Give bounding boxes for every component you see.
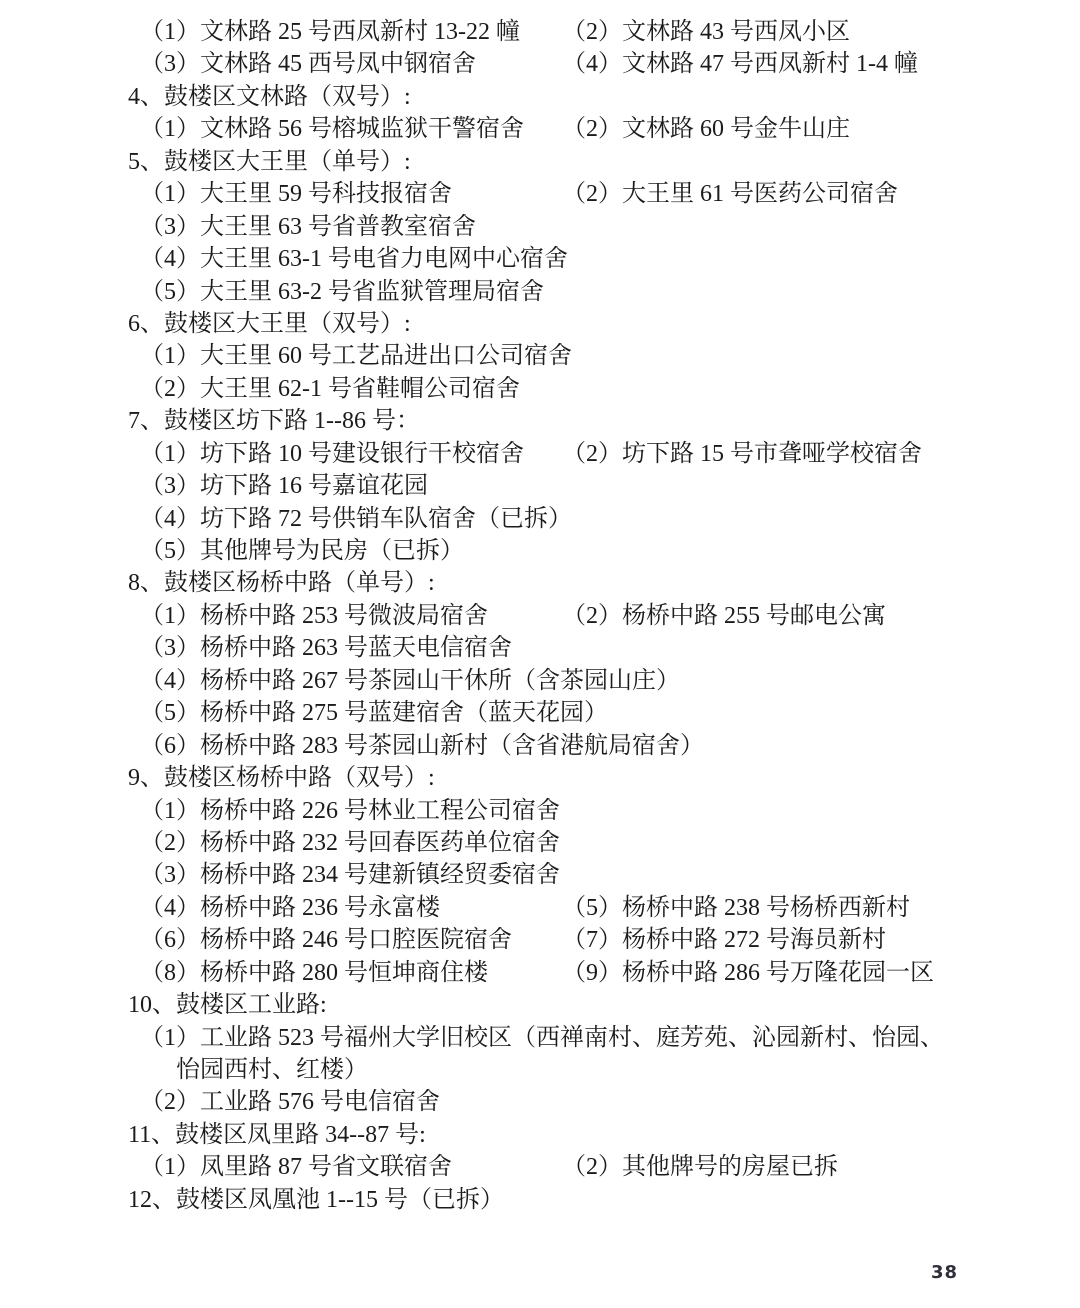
address-item: （2）文林路 60 号金牛山庄: [562, 113, 850, 145]
address-line: （2）工业路 576 号电信宿舍: [0, 1086, 1080, 1118]
address-item: （2）杨桥中路 232 号回春医药单位宿舍: [140, 830, 560, 856]
address-line: （8）杨桥中路 280 号恒坤商住楼（9）杨桥中路 286 号万隆花园一区: [0, 957, 1080, 989]
section-heading-line: 11、鼓楼区凤里路 34--87 号:: [0, 1119, 1080, 1151]
address-item: （1）杨桥中路 226 号林业工程公司宿舍: [140, 798, 560, 824]
address-item: （2）大王里 61 号医药公司宿舍: [562, 178, 898, 210]
section-heading: 5、鼓楼区大王里（单号）:: [128, 149, 411, 175]
address-item: （3）大王里 63 号省普教室宿舍: [140, 214, 476, 240]
address-line: （4）杨桥中路 267 号茶园山干休所（含茶园山庄）: [0, 665, 1080, 697]
address-item: （1）文林路 56 号榕城监狱干警宿舍: [140, 116, 524, 142]
address-item: （5）杨桥中路 238 号杨桥西新村: [562, 892, 910, 924]
address-line: （1）凤里路 87 号省文联宿舍（2）其他牌号的房屋已拆: [0, 1151, 1080, 1183]
address-line: （1）杨桥中路 226 号林业工程公司宿舍: [0, 795, 1080, 827]
address-item: （5）其他牌号为民房（已拆）: [140, 538, 464, 564]
page-number: 38: [931, 1262, 958, 1283]
address-line: （3）杨桥中路 263 号蓝天电信宿舍: [0, 632, 1080, 664]
address-item: （2）坊下路 15 号市聋哑学校宿舍: [562, 438, 922, 470]
address-item: （4）坊下路 72 号供销车队宿舍（已拆）: [140, 506, 572, 532]
address-line: （5）杨桥中路 275 号蓝建宿舍（蓝天花园）: [0, 697, 1080, 729]
address-item: （4）文林路 47 号西凤新村 1-4 幢: [562, 48, 918, 80]
address-item: （2）杨桥中路 255 号邮电公寓: [562, 600, 886, 632]
address-line: （4）大王里 63-1 号电省力电网中心宿舍: [0, 243, 1080, 275]
section-heading: 8、鼓楼区杨桥中路（单号）:: [128, 570, 435, 596]
address-item: （9）杨桥中路 286 号万隆花园一区: [562, 957, 934, 989]
section-heading-line: 5、鼓楼区大王里（单号）:: [0, 146, 1080, 178]
address-line: （1）坊下路 10 号建设银行干校宿舍（2）坊下路 15 号市聋哑学校宿舍: [0, 438, 1080, 470]
address-item: （5）杨桥中路 275 号蓝建宿舍（蓝天花园）: [140, 700, 608, 726]
address-line: （1）文林路 25 号西凤新村 13-22 幢（2）文林路 43 号西凤小区: [0, 16, 1080, 48]
address-line: （5）大王里 63-2 号省监狱管理局宿舍: [0, 276, 1080, 308]
address-item: （1）大王里 60 号工艺品进出口公司宿舍: [140, 343, 572, 369]
section-heading-line: 7、鼓楼区坊下路 1--86 号：: [0, 405, 1080, 437]
address-item: （3）杨桥中路 263 号蓝天电信宿舍: [140, 635, 512, 661]
address-line: （6）杨桥中路 283 号茶园山新村（含省港航局宿舍）: [0, 730, 1080, 762]
address-item: （4）杨桥中路 236 号永富楼: [140, 895, 440, 921]
section-heading: 11、鼓楼区凤里路 34--87 号:: [128, 1122, 426, 1148]
address-line: （3）文林路 45 西号凤中钢宿舍（4）文林路 47 号西凤新村 1-4 幢: [0, 48, 1080, 80]
address-item: （6）杨桥中路 246 号口腔医院宿舍: [140, 927, 512, 953]
address-line: （1）工业路 523 号福州大学旧校区（西禅南村、庭芳苑、沁园新村、怡园、: [0, 1022, 1080, 1054]
address-item: （1）工业路 523 号福州大学旧校区（西禅南村、庭芳苑、沁园新村、怡园、: [140, 1025, 944, 1051]
address-item: （2）其他牌号的房屋已拆: [562, 1151, 838, 1183]
address-item: （4）大王里 63-1 号电省力电网中心宿舍: [140, 246, 568, 272]
address-item: （1）坊下路 10 号建设银行干校宿舍: [140, 441, 524, 467]
section-heading: 12、鼓楼区凤凰池 1--15 号（已拆）: [128, 1187, 504, 1213]
address-item: （1）凤里路 87 号省文联宿舍: [140, 1154, 452, 1180]
section-heading-line: 12、鼓楼区凤凰池 1--15 号（已拆）: [0, 1184, 1080, 1216]
section-heading-line: 6、鼓楼区大王里（双号）:: [0, 308, 1080, 340]
address-list: （1）文林路 25 号西凤新村 13-22 幢（2）文林路 43 号西凤小区（3…: [0, 0, 1080, 1216]
section-heading: 6、鼓楼区大王里（双号）:: [128, 311, 411, 337]
section-heading: 4、鼓楼区文林路（双号）:: [128, 84, 411, 110]
address-item: （6）杨桥中路 283 号茶园山新村（含省港航局宿舍）: [140, 733, 704, 759]
address-line: （1）大王里 59 号科技报宿舍（2）大王里 61 号医药公司宿舍: [0, 178, 1080, 210]
address-line: （3）坊下路 16 号嘉谊花园: [0, 470, 1080, 502]
address-item: 怡园西村、红楼）: [176, 1057, 368, 1083]
address-line: 怡园西村、红楼）: [0, 1054, 1080, 1086]
address-item: （2）工业路 576 号电信宿舍: [140, 1089, 440, 1115]
section-heading-line: 9、鼓楼区杨桥中路（双号）:: [0, 762, 1080, 794]
section-heading-line: 8、鼓楼区杨桥中路（单号）:: [0, 567, 1080, 599]
section-heading-line: 10、鼓楼区工业路:: [0, 989, 1080, 1021]
address-line: （2）大王里 62-1 号省鞋帽公司宿舍: [0, 373, 1080, 405]
address-line: （3）大王里 63 号省普教室宿舍: [0, 211, 1080, 243]
section-heading: 10、鼓楼区工业路:: [128, 992, 327, 1018]
address-item: （7）杨桥中路 272 号海员新村: [562, 924, 886, 956]
address-item: （5）大王里 63-2 号省监狱管理局宿舍: [140, 279, 544, 305]
section-heading: 7、鼓楼区坊下路 1--86 号：: [128, 408, 420, 434]
address-line: （6）杨桥中路 246 号口腔医院宿舍（7）杨桥中路 272 号海员新村: [0, 924, 1080, 956]
address-item: （2）文林路 43 号西凤小区: [562, 16, 850, 48]
address-item: （3）坊下路 16 号嘉谊花园: [140, 473, 428, 499]
address-item: （2）大王里 62-1 号省鞋帽公司宿舍: [140, 376, 520, 402]
address-line: （3）杨桥中路 234 号建新镇经贸委宿舍: [0, 859, 1080, 891]
address-line: （5）其他牌号为民房（已拆）: [0, 535, 1080, 567]
address-item: （3）文林路 45 西号凤中钢宿舍: [140, 51, 476, 77]
address-line: （1）文林路 56 号榕城监狱干警宿舍（2）文林路 60 号金牛山庄: [0, 113, 1080, 145]
address-item: （1）杨桥中路 253 号微波局宿舍: [140, 603, 488, 629]
section-heading: 9、鼓楼区杨桥中路（双号）:: [128, 765, 435, 791]
document-page: （1）文林路 25 号西凤新村 13-22 幢（2）文林路 43 号西凤小区（3…: [0, 0, 1080, 1308]
address-line: （4）杨桥中路 236 号永富楼（5）杨桥中路 238 号杨桥西新村: [0, 892, 1080, 924]
address-item: （3）杨桥中路 234 号建新镇经贸委宿舍: [140, 862, 560, 888]
address-item: （4）杨桥中路 267 号茶园山干休所（含茶园山庄）: [140, 668, 680, 694]
address-item: （1）文林路 25 号西凤新村 13-22 幢: [140, 19, 520, 45]
address-line: （1）杨桥中路 253 号微波局宿舍（2）杨桥中路 255 号邮电公寓: [0, 600, 1080, 632]
address-item: （8）杨桥中路 280 号恒坤商住楼: [140, 960, 488, 986]
address-line: （4）坊下路 72 号供销车队宿舍（已拆）: [0, 503, 1080, 535]
address-line: （2）杨桥中路 232 号回春医药单位宿舍: [0, 827, 1080, 859]
address-item: （1）大王里 59 号科技报宿舍: [140, 181, 452, 207]
address-line: （1）大王里 60 号工艺品进出口公司宿舍: [0, 340, 1080, 372]
section-heading-line: 4、鼓楼区文林路（双号）:: [0, 81, 1080, 113]
